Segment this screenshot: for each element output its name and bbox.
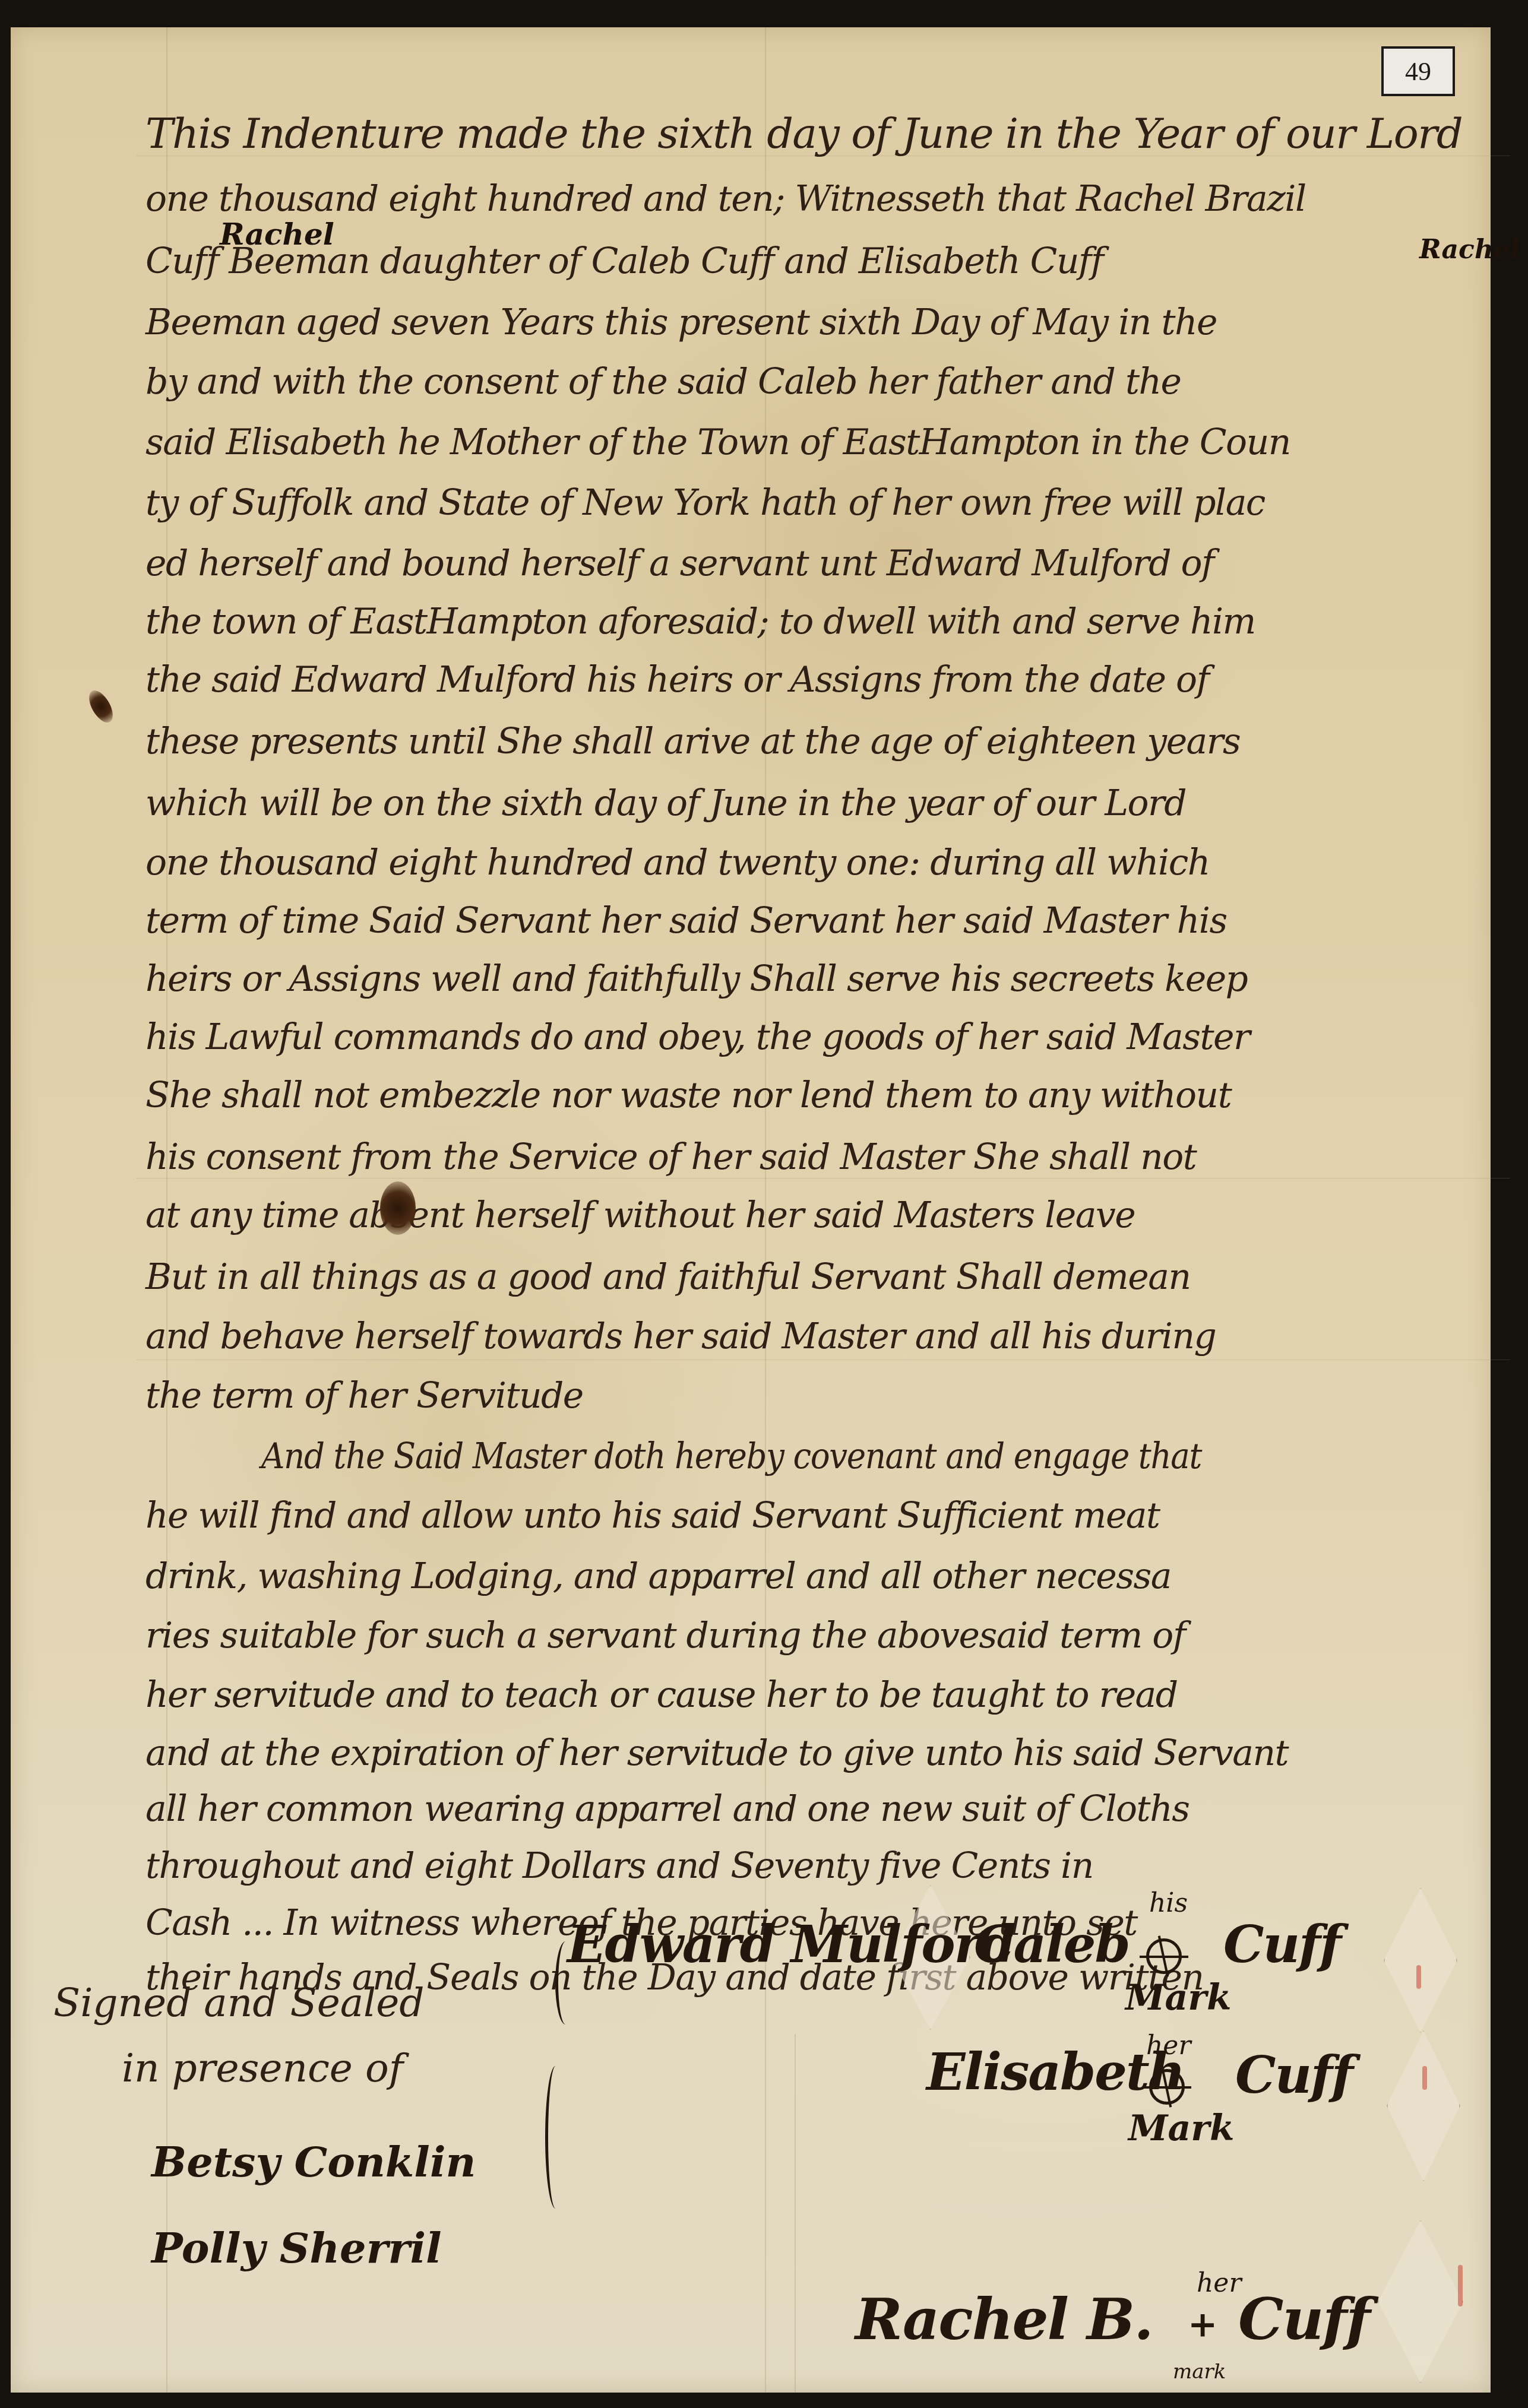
body-line-13: one thousand eight hundred and twenty on… <box>145 842 1467 883</box>
body-line-25: drink, washing Lodging, and apparrel and… <box>145 1555 1467 1597</box>
body-line-29: all her common wearing apparrel and one … <box>145 1788 1467 1830</box>
fold-crease-lower <box>795 2034 796 2393</box>
body-line-26: ries suitable for such a servant during … <box>145 1615 1467 1656</box>
body-line-15: heirs or Assigns well and faithfully Sha… <box>145 958 1467 1000</box>
wax-residue <box>1458 2265 1463 2306</box>
body-line-11: these presents until She shall arive at … <box>145 721 1467 762</box>
body-line-6: said Elisabeth he Mother of the Town of … <box>145 422 1467 463</box>
body-line-23: And the Said Master doth hereby covenant… <box>261 1436 1467 1477</box>
body-line-2: one thousand eight hundred and ten; Witn… <box>145 178 1467 220</box>
body-line-14: term of time Said Servant her said Serva… <box>145 900 1467 942</box>
body-line-9: the town of EastHampton aforesaid; to dw… <box>145 601 1467 642</box>
body-line-8: ed herself and bound herself a servant u… <box>145 543 1467 584</box>
insertion-rachel-left: Rachel <box>220 217 334 252</box>
servant-mark-label: mark <box>1173 2360 1226 2384</box>
page-number-label: 49 <box>1381 46 1455 96</box>
father-signature-last: Cuff <box>1223 1915 1340 1975</box>
mother-mark-label: Mark <box>1128 2108 1234 2149</box>
body-line-28: and at the expiration of her servitude t… <box>145 1732 1467 1774</box>
body-line-10: the said Edward Mulford his heirs or Ass… <box>145 659 1467 701</box>
body-line-27: her servitude and to teach or cause her … <box>145 1674 1467 1716</box>
mother-her-label: her <box>1146 2030 1191 2061</box>
ruled-line <box>137 1178 1510 1178</box>
father-mark-label: Mark <box>1125 1977 1231 2019</box>
brace-mark <box>545 2066 566 2209</box>
body-line-3: Cuff Beeman daughter of Caleb Cuff and E… <box>145 240 1467 282</box>
body-line-24: he will find and allow unto his said Ser… <box>145 1495 1467 1536</box>
master-signature: Edward Mulford <box>567 1915 1014 1975</box>
body-line-22: the term of her Servitude <box>145 1375 1467 1417</box>
mother-signature-last: Cuff <box>1235 2045 1352 2105</box>
father-his-label: his <box>1149 1888 1188 1918</box>
ink-blot <box>380 1181 416 1235</box>
father-cross-mark-icon <box>1146 1938 1182 1974</box>
body-line-17: She shall not embezzle nor waste nor len… <box>145 1075 1467 1116</box>
insertion-rachel-right: Rachel <box>1419 235 1520 265</box>
wax-residue <box>1422 2066 1427 2090</box>
father-signature-first: Caleb <box>974 1915 1130 1975</box>
servant-cross-mark-icon: + <box>1188 2304 1216 2345</box>
servant-signature-last: Cuff <box>1238 2286 1369 2353</box>
body-line-4: Beeman aged seven Years this present six… <box>145 302 1467 343</box>
servant-signature-middle: B. <box>1087 2286 1153 2353</box>
body-line-5: by and with the consent of the said Cale… <box>145 361 1467 403</box>
witness-signature-1: Betsy Conklin <box>151 2137 476 2187</box>
body-line-1: This Indenture made the sixth day of Jun… <box>145 113 1467 154</box>
servant-her-label: her <box>1197 2268 1241 2298</box>
page-number: 49 <box>1405 56 1431 87</box>
body-line-7: ty of Suffolk and State of New York hath… <box>145 482 1467 524</box>
body-line-20: But in all things as a good and faithful… <box>145 1256 1467 1298</box>
witness-signature-2: Polly Sherril <box>151 2223 442 2273</box>
body-line-12: which will be on the sixth day of June i… <box>145 782 1467 824</box>
servant-signature-first: Rachel <box>855 2286 1068 2353</box>
wax-residue <box>1416 1965 1421 1989</box>
mother-cross-mark-icon <box>1149 2069 1185 2105</box>
ruled-line <box>137 1360 1510 1360</box>
body-line-30: throughout and eight Dollars and Seventy… <box>145 1845 1467 1887</box>
body-line-19: at any time absent herself without her s… <box>145 1195 1467 1236</box>
body-line-18: his consent from the Service of her said… <box>145 1136 1467 1178</box>
attestation-signed-sealed: Signed and Sealed <box>53 1980 425 2026</box>
body-line-16: his Lawful commands do and obey, the goo… <box>145 1016 1467 1058</box>
attestation-in-presence: in presence of <box>122 2045 403 2091</box>
body-line-21: and behave herself towards her said Mast… <box>145 1316 1467 1357</box>
